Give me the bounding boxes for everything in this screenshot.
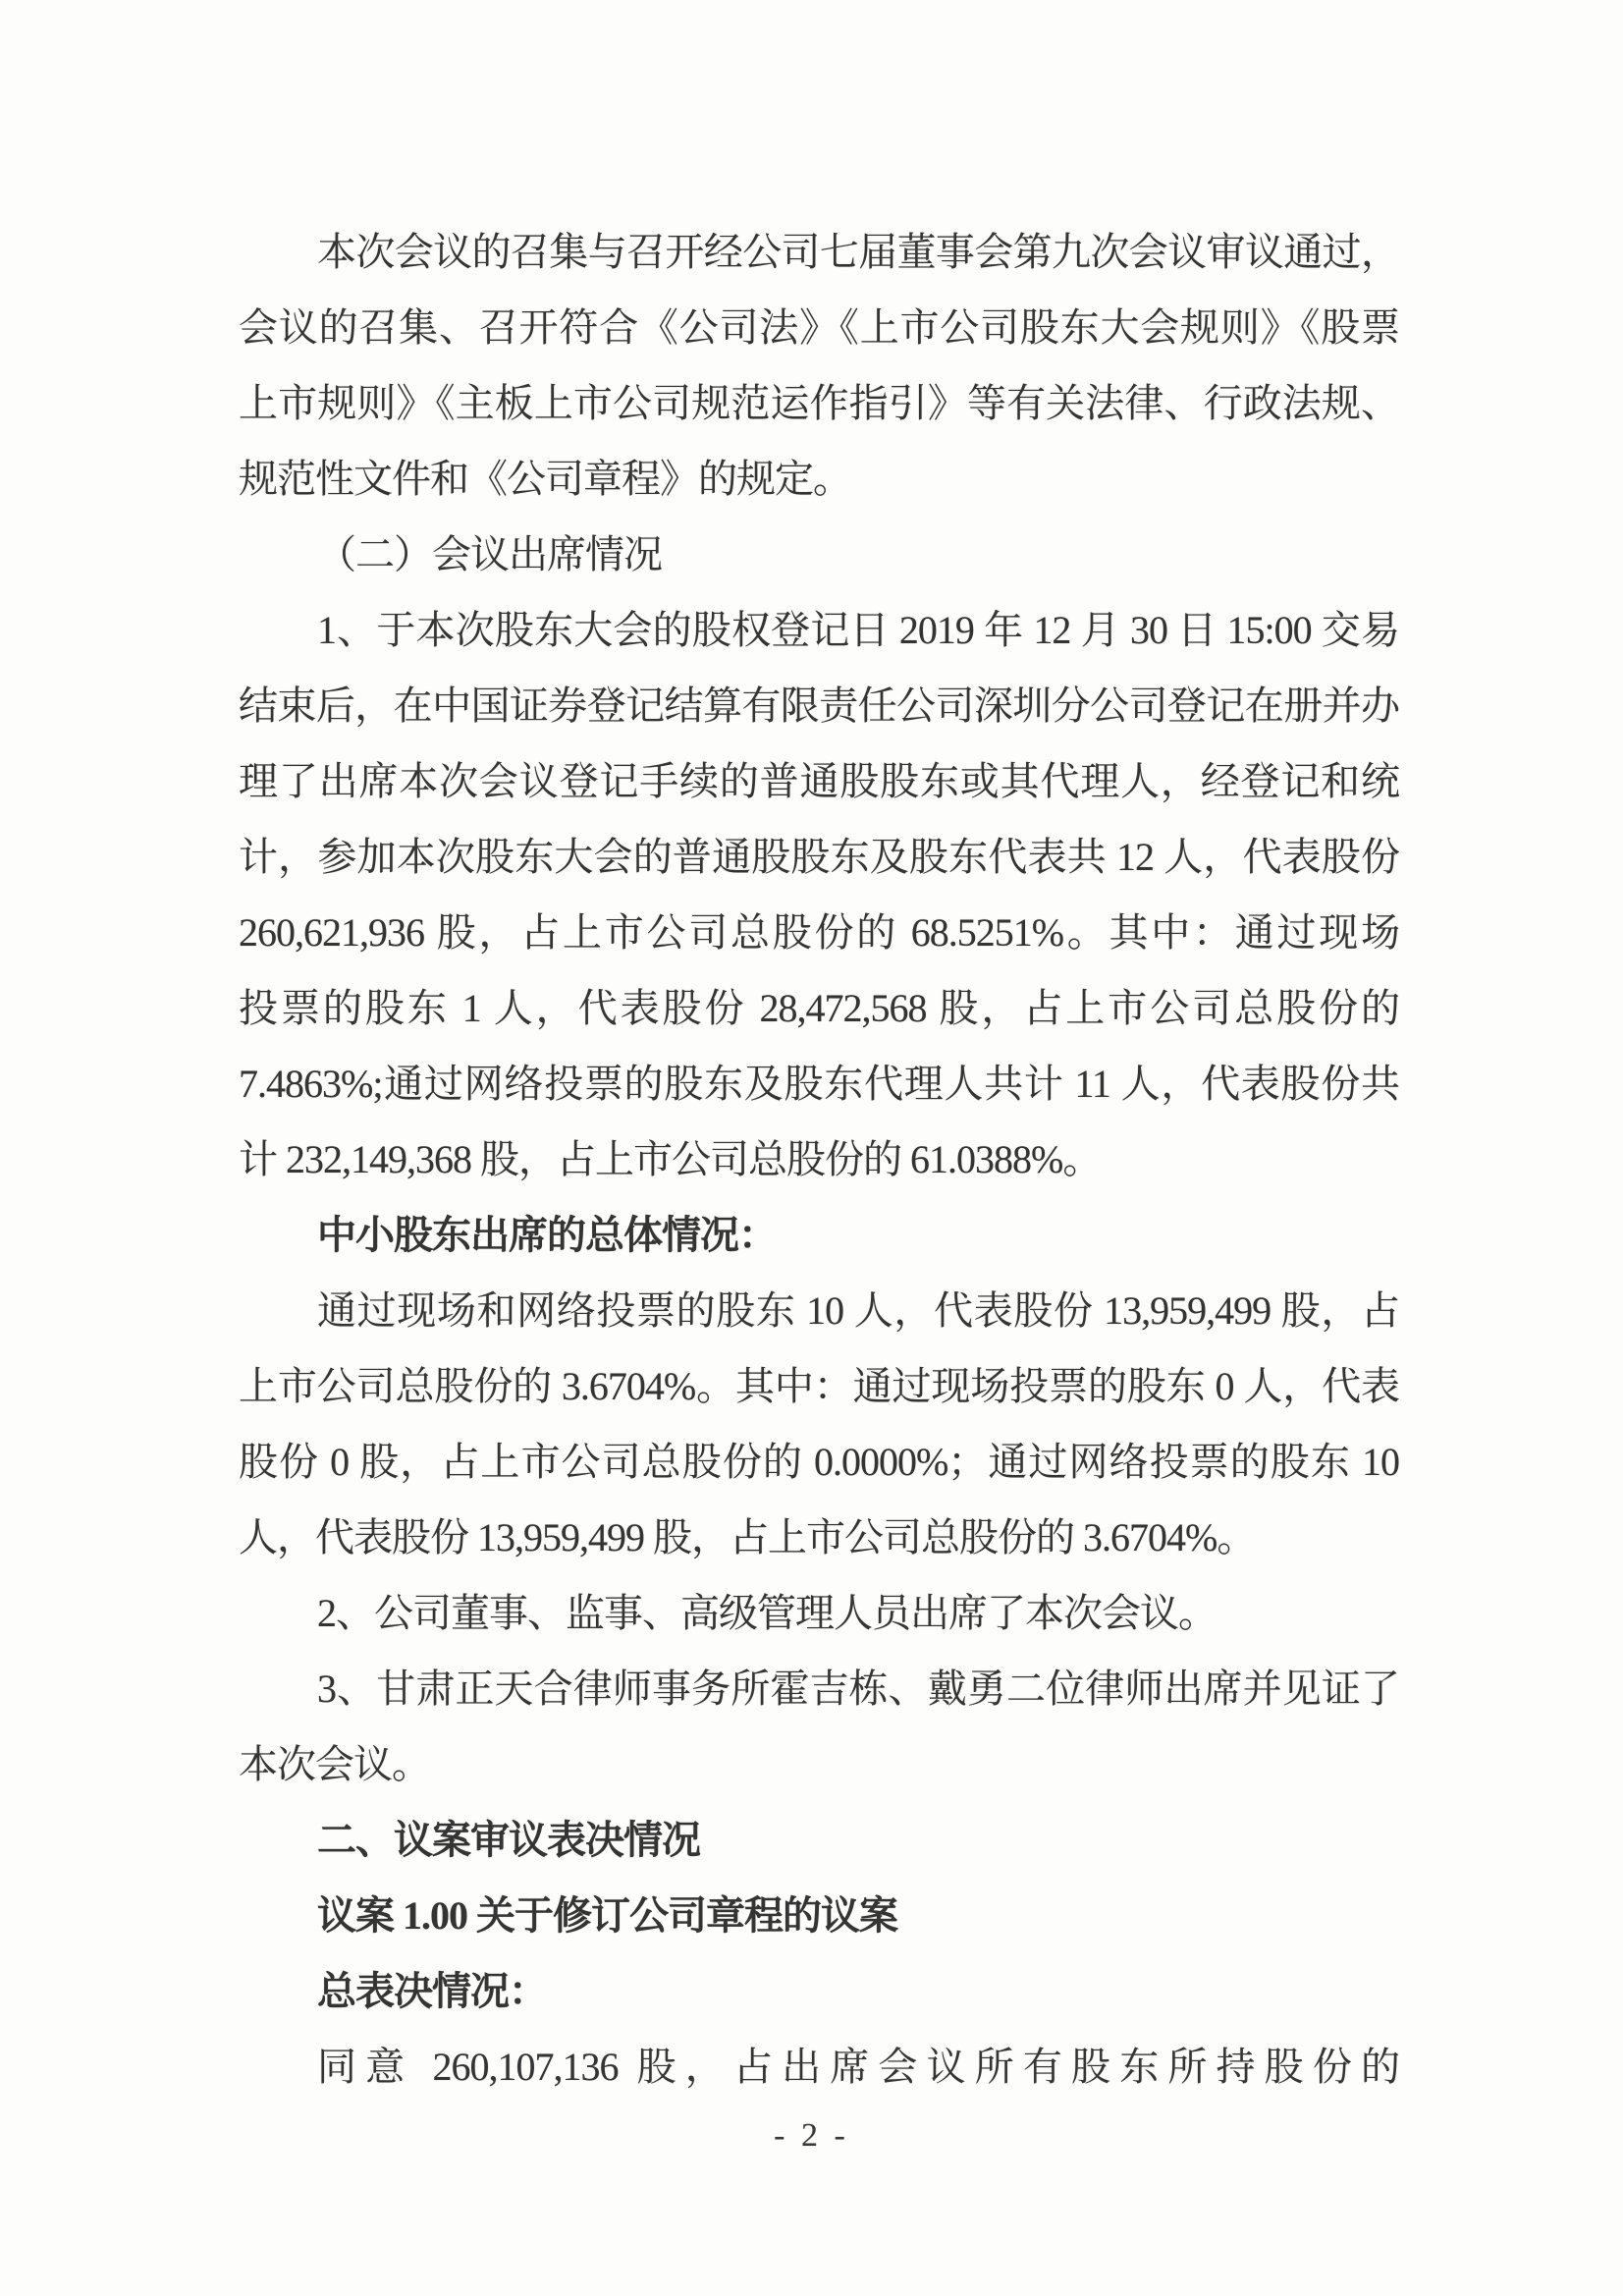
vote-summary-heading: 总表决情况： — [239, 1953, 1399, 2029]
text-block: 本次会议的召集与召开经公司七届董事会第九次会议审议通过， 会议的召集、召开符合《… — [239, 214, 1399, 2105]
text-line: 会议的召集、召开符合《公司法》《上市公司股东大会规则》《股票 — [239, 290, 1399, 365]
text-line: 通过现场和网络投票的股东 10 人，代表股份 13,959,499 股，占 — [239, 1273, 1399, 1348]
text-line: 本次会议。 — [239, 1726, 1399, 1802]
text-line: 规范性文件和《公司章程》的规定。 — [239, 441, 1399, 517]
text-line: 260,621,936 股，占上市公司总股份的 68.5251%。其中：通过现场 — [239, 895, 1399, 970]
heading-minor-shareholders: 中小股东出席的总体情况： — [239, 1197, 1399, 1273]
proposal-title: 议案 1.00 关于修订公司章程的议案 — [239, 1878, 1399, 1953]
text-line: 1、于本次股东大会的股权登记日 2019 年 12 月 30 日 15:00 交… — [239, 592, 1399, 668]
document-page: 本次会议的召集与召开经公司七届董事会第九次会议审议通过， 会议的召集、召开符合《… — [0, 0, 1623, 2296]
text-line: 投票的股东 1 人，代表股份 28,472,568 股，占上市公司总股份的 — [239, 970, 1399, 1046]
subsection-heading-attendance: （二）会议出席情况 — [239, 517, 1399, 592]
page-number: - 2 - — [0, 2116, 1623, 2156]
text-line: 计，参加本次股东大会的普通股股东及股东代表共 12 人，代表股份 — [239, 819, 1399, 895]
text-line: 上市公司总股份的 3.6704%。其中：通过现场投票的股东 0 人，代表 — [239, 1348, 1399, 1424]
section-heading-proposals: 二、议案审议表决情况 — [239, 1802, 1399, 1878]
text-line: 3、甘肃正天合律师事务所霍吉栋、戴勇二位律师出席并见证了 — [239, 1651, 1399, 1726]
text-line: 人，代表股份 13,959,499 股，占上市公司总股份的 3.6704%。 — [239, 1500, 1399, 1575]
text-line: 股份 0 股，占上市公司总股份的 0.0000%；通过网络投票的股东 10 — [239, 1424, 1399, 1500]
text-line: 计 232,149,368 股，占上市公司总股份的 61.0388%。 — [239, 1121, 1399, 1197]
text-line: 同意 260,107,136 股，占出席会议所有股东所持股份的 — [239, 2029, 1399, 2105]
text-line: 7.4863%;通过网络投票的股东及股东代理人共计 11 人，代表股份共 — [239, 1046, 1399, 1121]
text-line: 本次会议的召集与召开经公司七届董事会第九次会议审议通过， — [239, 214, 1399, 290]
text-line: 结束后，在中国证券登记结算有限责任公司深圳分公司登记在册并办 — [239, 668, 1399, 743]
text-line: 2、公司董事、监事、高级管理人员出席了本次会议。 — [239, 1575, 1399, 1651]
text-line: 上市规则》《主板上市公司规范运作指引》等有关法律、行政法规、 — [239, 365, 1399, 441]
text-line: 理了出席本次会议登记手续的普通股股东或其代理人，经登记和统 — [239, 743, 1399, 819]
